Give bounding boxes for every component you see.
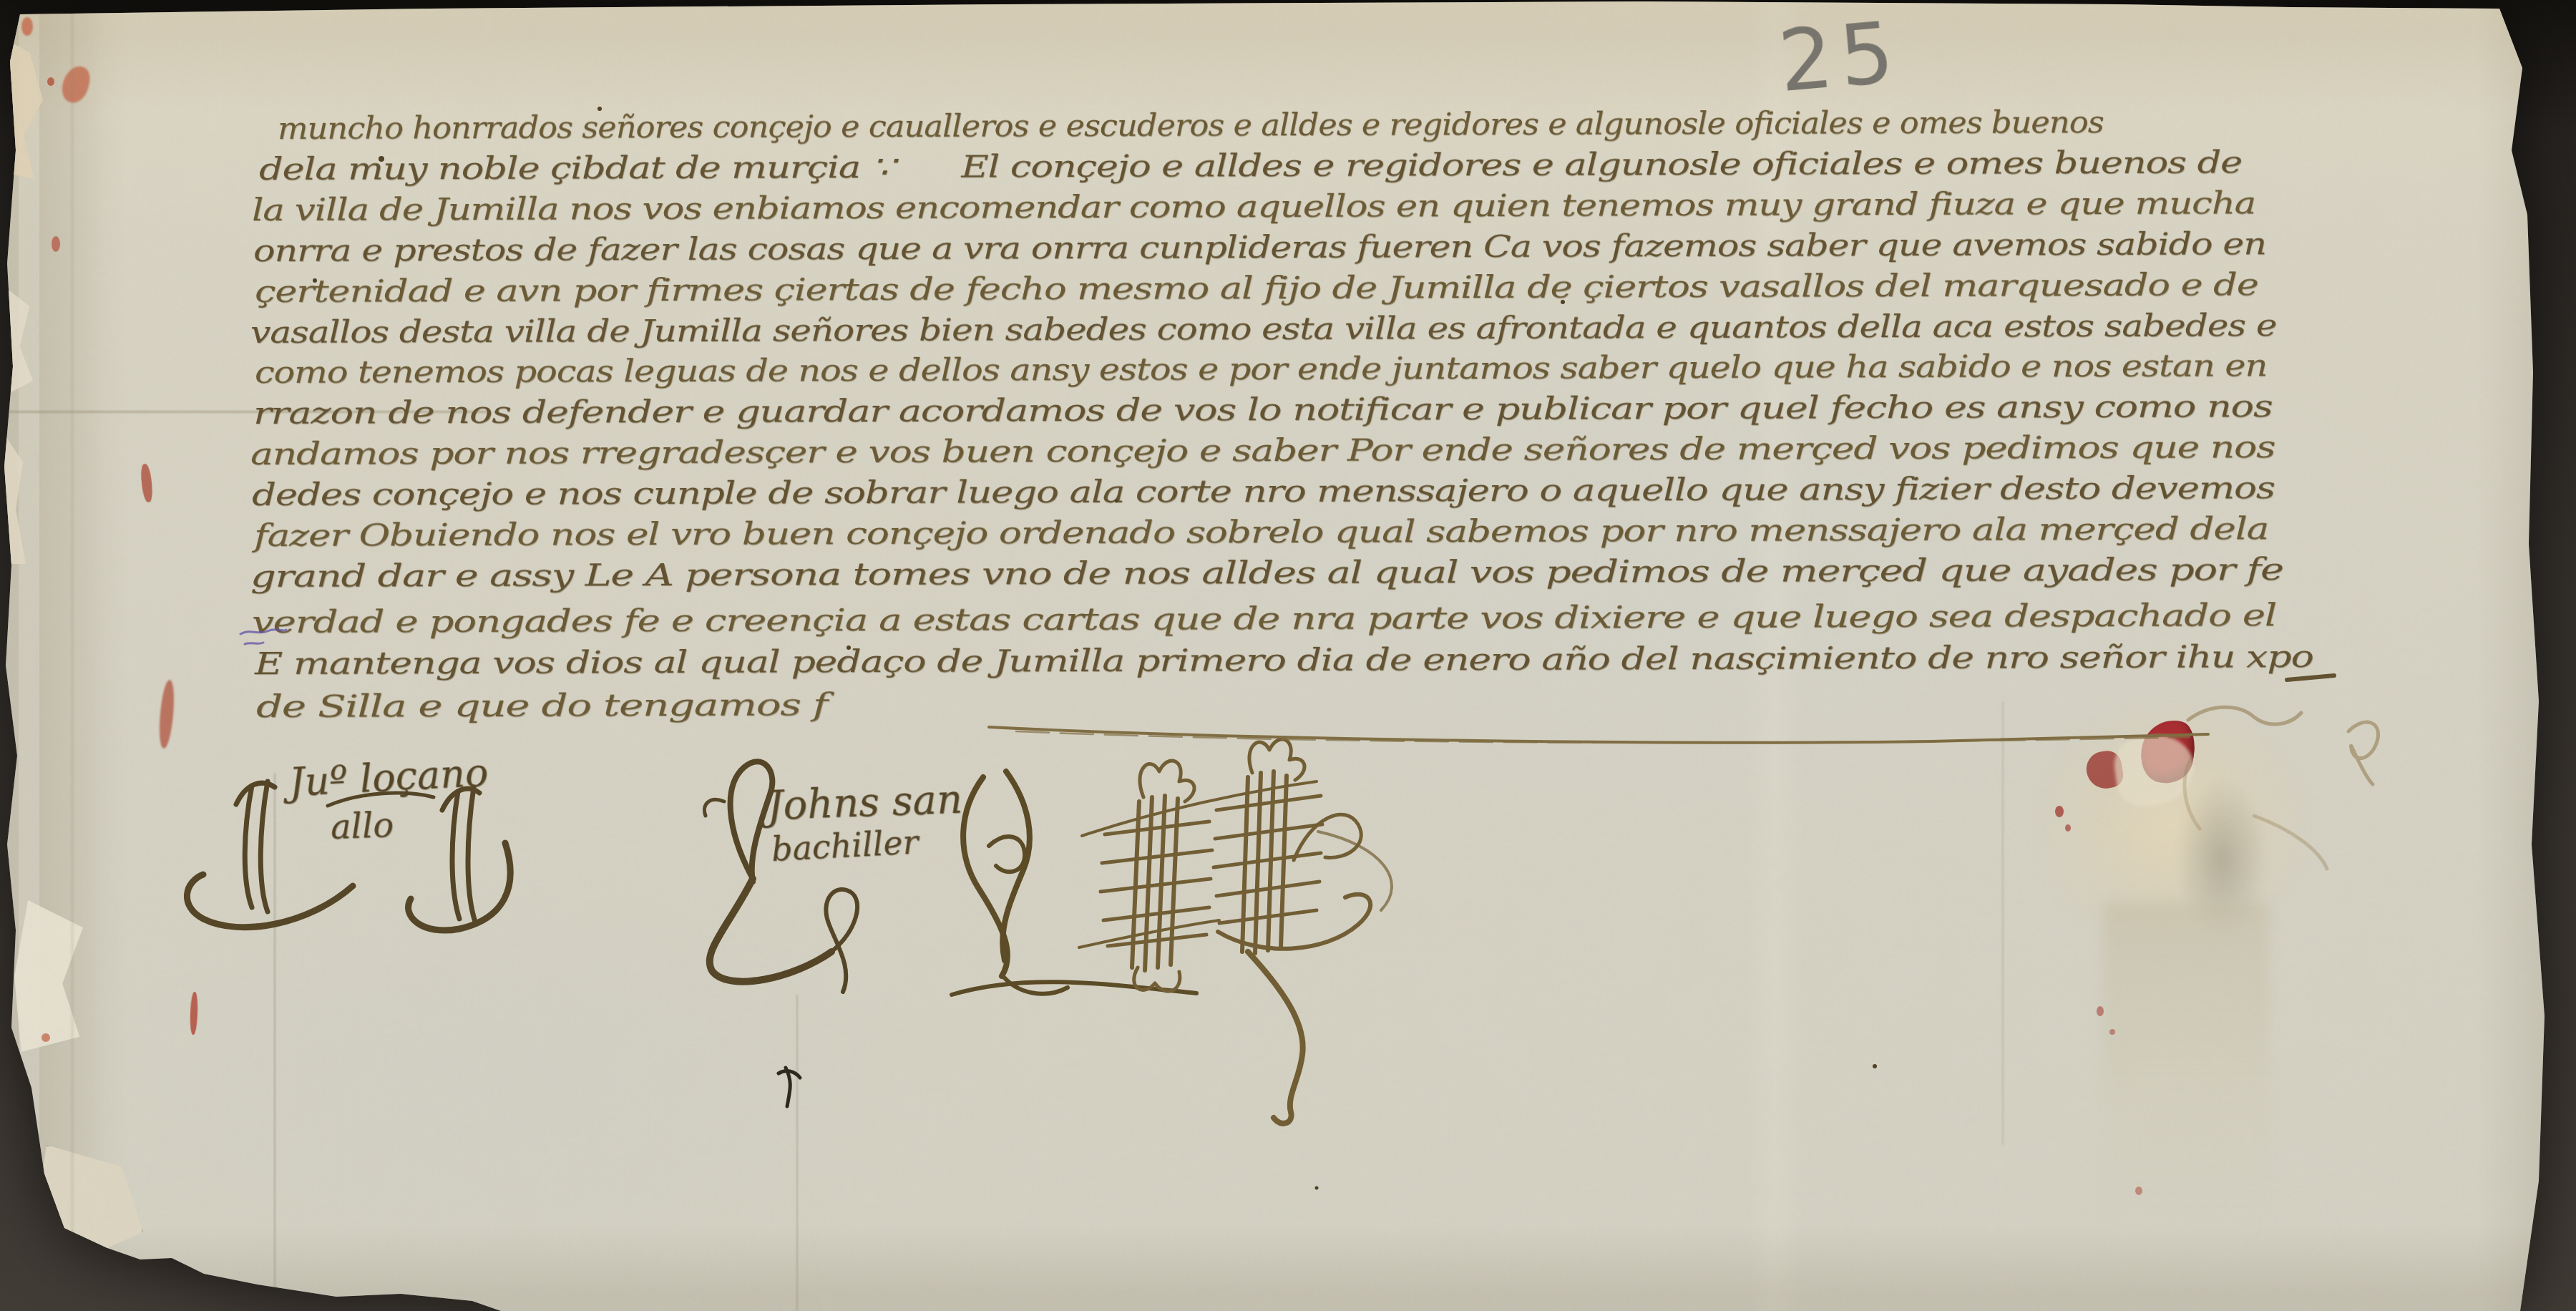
manuscript-line: grand dar e assy Le A persona tomes vno … (250, 550, 2283, 597)
notarial-rubric (1079, 739, 1392, 1124)
torn-flap-bottom-left (36, 1145, 143, 1254)
left-fold-line (72, 0, 73, 1311)
red-edge-mark (21, 17, 33, 36)
signature-center-title: bachiller (771, 822, 919, 869)
torn-patch (0, 283, 33, 398)
red-edge-mark (47, 77, 54, 86)
parchment-sheet: 25 muncho honrrados señores conçejo e ca… (0, 0, 2576, 1311)
bachiller-paraph (952, 771, 1196, 995)
tear-mark (779, 1068, 800, 1106)
wax-seal-remnant (2135, 713, 2202, 789)
manuscript-line: çertenidad e avn por firmes çiertas de f… (255, 265, 2258, 312)
red-speck (2065, 824, 2071, 832)
manuscript-line: fazer Obuiendo nos el vro buen conçejo o… (254, 509, 2268, 556)
manuscript-line: dedes conçejo e nos cunple de sobrar lue… (252, 468, 2275, 515)
red-edge-mark (157, 679, 176, 749)
red-edge-mark (52, 236, 60, 252)
signature-center-name: Johns san (766, 776, 963, 829)
torn-patch (0, 36, 43, 179)
parchment-shadow: 25 muncho honrrados señores conçejo e ca… (0, 0, 2576, 1311)
manuscript-line: vasallos desta villa de Jumilla señores … (250, 306, 2276, 353)
vertical-crease (274, 773, 275, 1311)
manuscript-line: dela muy noble çibdat de murçia ∵ El con… (259, 142, 2242, 190)
torn-patch (0, 428, 29, 564)
red-edge-mark (140, 463, 154, 502)
manuscript-line: de Silla e que do tengamos f (256, 685, 827, 727)
signature-left-name: Juº loçano (288, 749, 489, 804)
red-speck (2055, 806, 2064, 817)
stain-trail (2104, 902, 2268, 1231)
red-edge-mark (59, 64, 92, 105)
scanned-manuscript-page: 25 muncho honrrados señores conçejo e ca… (0, 0, 2576, 1311)
signature-left-title: allo (330, 805, 394, 847)
red-edge-mark (42, 1033, 50, 1042)
red-speck (2109, 1029, 2115, 1035)
manuscript-line: onrra e prestos de fazer las cosas que a… (253, 224, 2266, 271)
manuscript-line: como tenemos pocas leguas de nos e dello… (255, 346, 2267, 393)
torn-patch (14, 900, 83, 1052)
ghost-flourishes (2185, 707, 2379, 869)
vertical-crease (2002, 701, 2004, 1145)
left-paraph-right (409, 787, 511, 930)
red-speck (2097, 1006, 2104, 1016)
aging-tint-left-band (39, 0, 104, 1311)
manuscript-line: la villa de Jumilla nos vos enbiamos enc… (252, 183, 2255, 230)
manuscript-line: E mantenga vos dios al qual pedaço de Ju… (255, 637, 2313, 684)
red-edge-mark (190, 992, 198, 1035)
vertical-crease (796, 995, 798, 1311)
left-paraph-left (187, 781, 353, 927)
line-filler-stroke (989, 727, 2208, 743)
residue-stain-gray (2161, 751, 2283, 966)
red-speck (2135, 1186, 2142, 1195)
residue-stain-base (2032, 698, 2311, 955)
paper-over-wax (2111, 731, 2198, 809)
manuscript-line: andamos por nos rregradesçer e vos buen … (250, 427, 2275, 474)
pencil-archival-number: 25 (1775, 2, 1905, 111)
wax-seal-remnant-small (2084, 749, 2125, 791)
manuscript-line: muncho honrrados señores conçejo e caual… (278, 102, 2104, 149)
manuscript-line: rrazon de nos defender e guardar acordam… (253, 386, 2273, 434)
manuscript-line: verdad e pongades fe e creençia a estas … (252, 595, 2276, 643)
